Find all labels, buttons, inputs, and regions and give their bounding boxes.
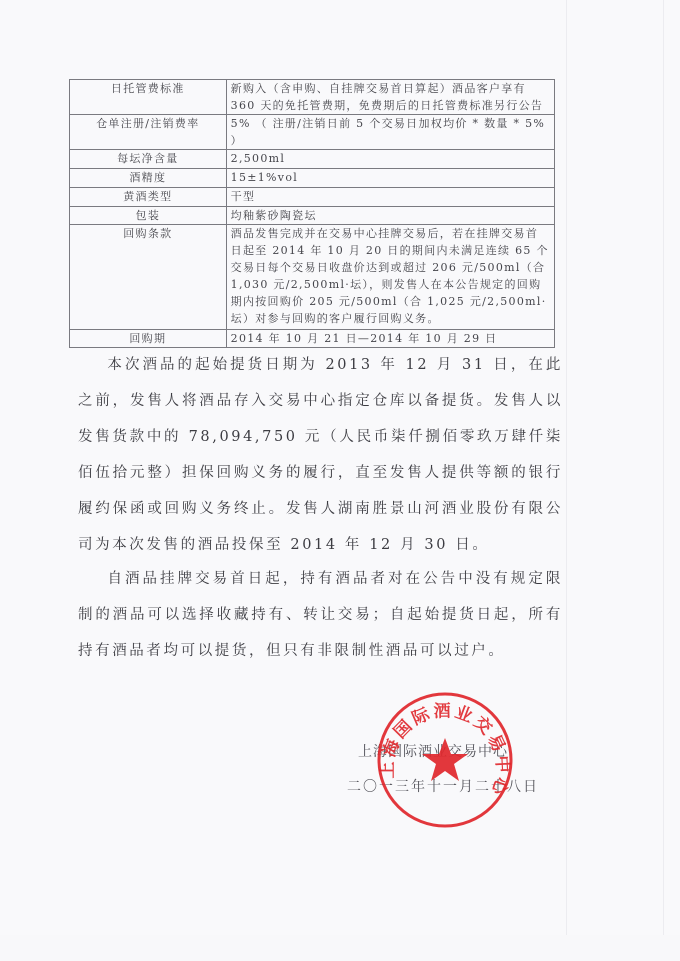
row-value: 干型 (226, 188, 554, 207)
spec-table: 日托管费标准 新购入（含申购、自挂牌交易首日算起）酒品客户享有 360 天的免托… (69, 79, 555, 348)
table-row: 仓单注册/注销费率 5% （ 注册/注销日前 5 个交易日加权均价 * 数量 *… (70, 115, 555, 150)
row-label: 回购期 (70, 330, 227, 348)
table-row: 回购条款 酒品发售完成并在交易中心挂牌交易后，若在挂牌交易首日起至 2014 年… (70, 225, 555, 330)
row-value: 5% （ 注册/注销日前 5 个交易日加权均价 * 数量 * 5% ） (226, 115, 554, 150)
official-seal-icon: 上海国际酒业交易中心 (374, 690, 516, 832)
table-row: 包装 均釉紫砂陶瓷坛 (70, 207, 555, 225)
row-value: 2014 年 10 月 21 日—2014 年 10 月 29 日 (226, 330, 554, 348)
row-label: 仓单注册/注销费率 (70, 115, 227, 150)
row-value: 15±1%vol (226, 169, 554, 188)
row-value: 均釉紫砂陶瓷坛 (226, 207, 554, 225)
row-label: 回购条款 (70, 225, 227, 330)
row-value: 酒品发售完成并在交易中心挂牌交易后，若在挂牌交易首日起至 2014 年 10 月… (226, 225, 554, 330)
paragraph-text: 本次酒品的起始提货日期为 2013 年 12 月 31 日，在此之前，发售人将酒… (78, 357, 563, 553)
scan-edge-line (566, 0, 567, 935)
paragraph-text: 自酒品挂牌交易首日起，持有酒品者对在公告中没有规定限制的酒品可以选择收藏持有、转… (78, 571, 563, 659)
row-label: 包装 (70, 207, 227, 225)
row-value: 新购入（含申购、自挂牌交易首日算起）酒品客户享有 360 天的免托管费期，免费期… (226, 80, 554, 115)
table-row: 回购期 2014 年 10 月 21 日—2014 年 10 月 29 日 (70, 330, 555, 348)
row-label: 酒精度 (70, 169, 227, 188)
table-row: 每坛净含量 2,500ml (70, 150, 555, 169)
row-label: 黄酒类型 (70, 188, 227, 207)
table-row: 日托管费标准 新购入（含申购、自挂牌交易首日算起）酒品客户享有 360 天的免托… (70, 80, 555, 115)
table-row: 酒精度 15±1%vol (70, 169, 555, 188)
paragraph-trading: 自酒品挂牌交易首日起，持有酒品者对在公告中没有规定限制的酒品可以选择收藏持有、转… (78, 561, 563, 669)
scan-edge-line (663, 0, 664, 935)
row-label: 每坛净含量 (70, 150, 227, 169)
paragraph-delivery: 本次酒品的起始提货日期为 2013 年 12 月 31 日，在此之前，发售人将酒… (78, 347, 563, 563)
table-row: 黄酒类型 干型 (70, 188, 555, 207)
row-value: 2,500ml (226, 150, 554, 169)
row-label: 日托管费标准 (70, 80, 227, 115)
